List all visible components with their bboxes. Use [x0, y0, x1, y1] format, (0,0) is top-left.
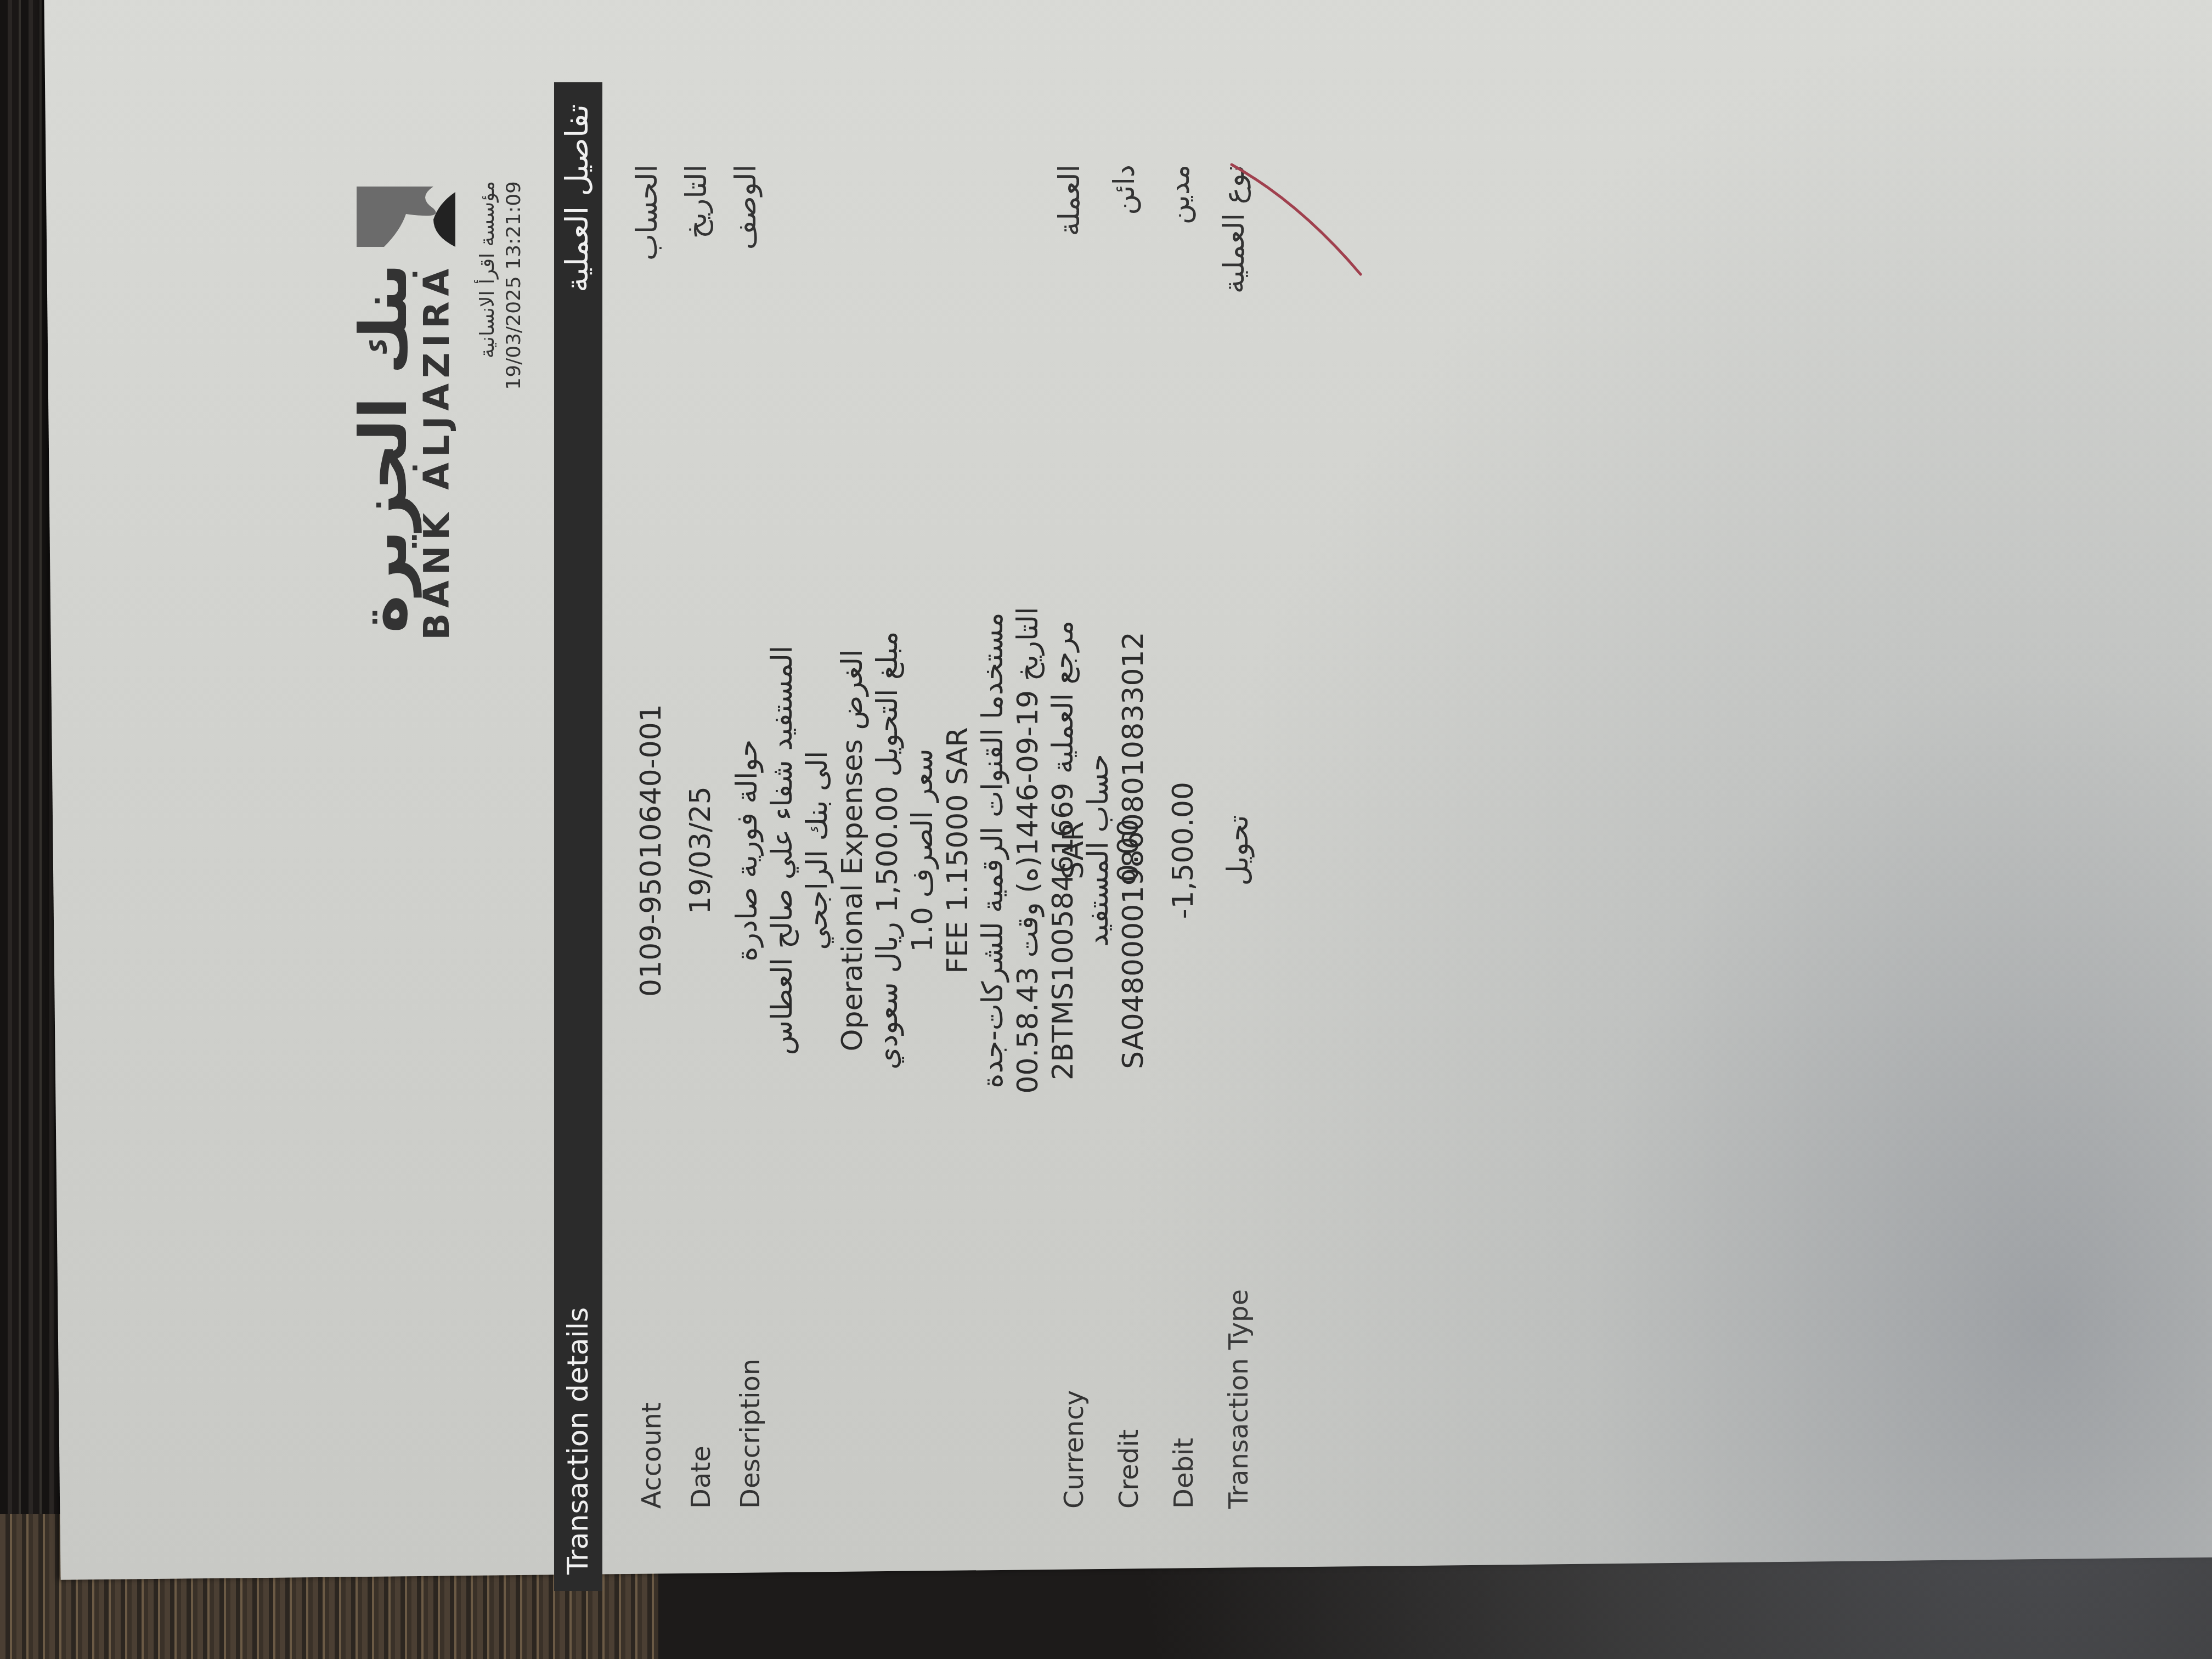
value-debit: -1,500.00: [1166, 603, 1201, 1097]
label-description-ar: الوصف: [730, 165, 763, 250]
value-credit: 0.00: [1111, 603, 1146, 1097]
section-title-arabic: تفاصيل العملية: [560, 104, 595, 292]
label-account: Account: [636, 1402, 667, 1509]
customer-name: مؤسسة اقرأ الانسانية: [476, 181, 499, 358]
description-line: الى بنك الراجحي: [800, 603, 835, 1097]
description-line: المستفيد شفاء علي صالح العطاس: [765, 603, 800, 1097]
label-account-ar: الحساب: [631, 165, 664, 261]
transaction-document: بنك الجزيرة BANK ALJAZIRA مؤسسة اقرأ الا…: [351, 82, 1393, 1591]
bank-name-english: BANK ALJAZIRA: [417, 263, 458, 640]
description-line: مبلغ التحويل 1,500.00 ريال سعودي: [870, 603, 905, 1097]
description-line: سعر الصرف 1.0: [905, 603, 940, 1097]
value-transaction-type: تحويل: [1221, 603, 1256, 1097]
label-currency-ar: العملة: [1053, 165, 1086, 236]
description-line: FEE 1.15000 SAR: [940, 603, 975, 1097]
bank-logo: بنك الجزيرة BANK ALJAZIRA: [351, 181, 483, 675]
description-line: التاريخ 19-09-1446(ه) وقت 00.58.43: [1011, 603, 1046, 1097]
print-timestamp: 19/03/2025 13:21:09: [503, 181, 525, 390]
label-credit-ar: دائن: [1108, 165, 1141, 215]
description-line: Operational Expenses الغرض: [835, 603, 870, 1097]
description-line: مستخدما القنوات الرقمية للشركات-جدة: [975, 603, 1011, 1097]
label-debit: Debit: [1169, 1438, 1199, 1509]
label-date: Date: [686, 1446, 716, 1509]
label-currency: Currency: [1059, 1390, 1090, 1509]
label-credit: Credit: [1114, 1430, 1144, 1509]
bank-logo-mark-icon: [351, 181, 461, 252]
label-transaction-type: Transaction Type: [1223, 1289, 1254, 1509]
section-header-bar: Transaction details تفاصيل العملية: [554, 82, 602, 1591]
label-transaction-type-ar: نوع العملية: [1218, 165, 1251, 294]
description-line: حوالة فورية صادرة: [730, 603, 765, 1097]
section-title-english: Transaction details: [562, 1307, 595, 1575]
value-date: 19/03/25: [683, 603, 718, 1097]
value-currency: SAR: [1056, 603, 1091, 1097]
label-description: Description: [735, 1359, 766, 1509]
value-account: 0109-95010640-001: [634, 603, 669, 1097]
label-date-ar: التاريخ: [680, 165, 713, 239]
label-debit-ar: مدين: [1163, 165, 1196, 224]
bank-name-arabic: بنك الجزيرة: [351, 263, 416, 633]
